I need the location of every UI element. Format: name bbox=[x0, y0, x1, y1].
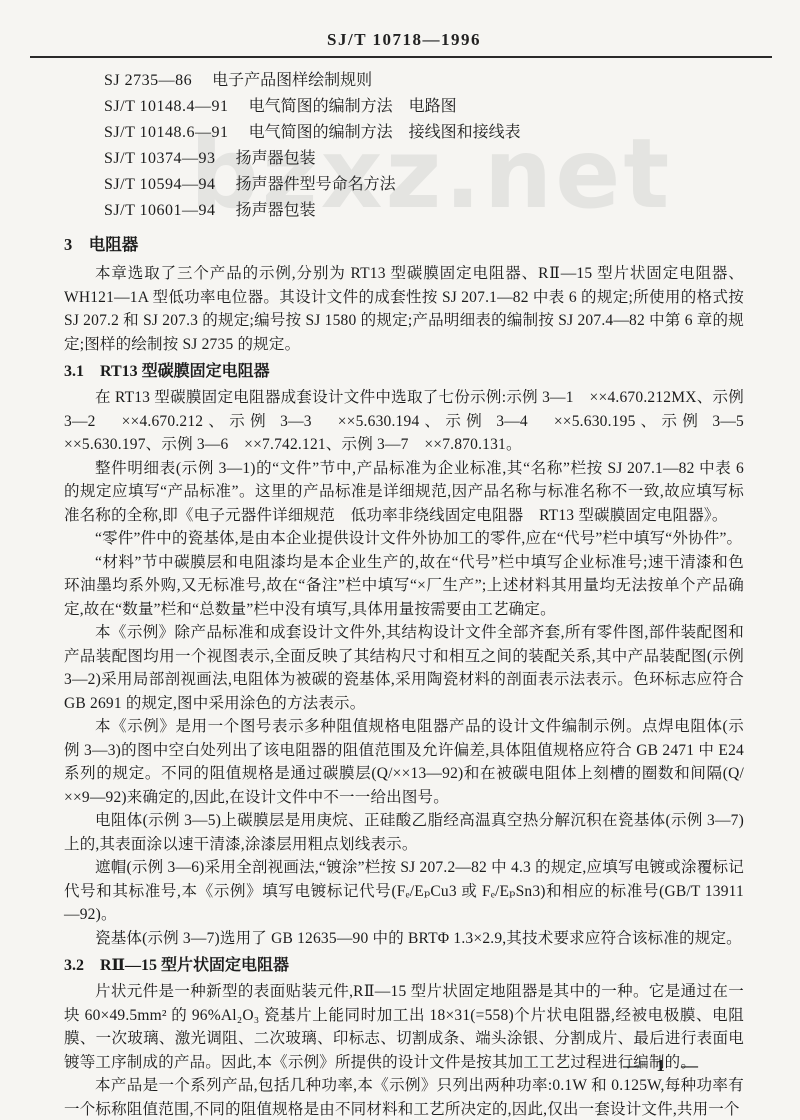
header-rule bbox=[30, 56, 772, 58]
reference-code: SJ/T 10148.6—91 bbox=[104, 120, 229, 146]
reference-item: SJ/T 10148.4—91电气简图的编制方法 电路图 bbox=[104, 94, 744, 120]
section-3-2-heading: 3.2 RⅡ—15 型片状固定电阻器 bbox=[64, 955, 744, 977]
reference-item: SJ/T 10594—94扬声器件型号命名方法 bbox=[104, 172, 744, 198]
reference-item: SJ/T 10601—94扬声器包装 bbox=[104, 198, 744, 224]
reference-title: 电子产品图样绘制规则 bbox=[212, 72, 372, 89]
paragraph: 本《示例》除产品标准和成套设计文件外,其结构设计文件全部齐套,所有零件图,部件装… bbox=[64, 621, 744, 715]
reference-item: SJ/T 10374—93扬声器包装 bbox=[104, 146, 744, 172]
reference-title: 扬声器包装 bbox=[236, 202, 316, 219]
reference-code: SJ/T 10148.4—91 bbox=[104, 94, 229, 120]
paragraph: “材料”节中碳膜层和电阻漆均是本企业生产的,故在“代号”栏中填写企业标准号;速干… bbox=[64, 551, 744, 622]
reference-code: SJ/T 10594—94 bbox=[104, 172, 216, 198]
paragraph: 本产品是一个系列产品,包括几种功率,本《示例》只列出两种功率:0.1W 和 0.… bbox=[64, 1074, 744, 1120]
section-3-heading: 3 电阻器 bbox=[64, 234, 744, 256]
document-page: bzxz.net SJ/T 10718—1996 SJ 2735—86电子产品图… bbox=[0, 0, 800, 1120]
reference-code: SJ 2735—86 bbox=[104, 68, 192, 94]
reference-code: SJ/T 10601—94 bbox=[104, 198, 216, 224]
paragraph: 本《示例》是用一个图号表示多种阻值规格电阻器产品的设计文件编制示例。点焊电阻体(… bbox=[64, 715, 744, 809]
section-3-1-heading: 3.1 RT13 型碳膜固定电阻器 bbox=[64, 361, 744, 383]
reference-title: 扬声器包装 bbox=[236, 150, 316, 167]
paragraph: 电阻体(示例 3—5)上碳膜层是用庚烷、正硅酸乙脂经高温真空热分解沉积在瓷基体(… bbox=[64, 809, 744, 856]
paragraph: 遮帽(示例 3—6)采用全剖视画法,“镀涂”栏按 SJ 207.2—82 中 4… bbox=[64, 856, 744, 927]
paragraph: 瓷基体(示例 3—7)选用了 GB 12635—90 中的 BRTΦ 1.3×2… bbox=[64, 927, 744, 951]
page-number: — 1 — bbox=[623, 1056, 704, 1076]
reference-code: SJ/T 10374—93 bbox=[104, 146, 216, 172]
reference-item: SJ/T 10148.6—91电气简图的编制方法 接线图和接线表 bbox=[104, 120, 744, 146]
reference-item: SJ 2735—86电子产品图样绘制规则 bbox=[104, 68, 744, 94]
standard-number-header: SJ/T 10718—1996 bbox=[64, 30, 744, 50]
reference-title: 扬声器件型号命名方法 bbox=[236, 176, 396, 193]
reference-title: 电气简图的编制方法 接线图和接线表 bbox=[249, 124, 521, 141]
page-content: SJ/T 10718—1996 SJ 2735—86电子产品图样绘制规则 SJ/… bbox=[0, 0, 800, 1120]
paragraph: “零件”件中的瓷基体,是由本企业提供设计文件外协加工的零件,应在“代号”栏中填写… bbox=[64, 527, 744, 551]
paragraph: 在 RT13 型碳膜固定电阻器成套设计文件中选取了七份示例:示例 3—1 ××4… bbox=[64, 386, 744, 457]
paragraph: 整件明细表(示例 3—1)的“文件”节中,产品标准为企业标准,其“名称”栏按 S… bbox=[64, 457, 744, 528]
reference-list: SJ 2735—86电子产品图样绘制规则 SJ/T 10148.4—91电气简图… bbox=[64, 68, 744, 224]
paragraph: 本章选取了三个产品的示例,分别为 RT13 型碳膜固定电阻器、RⅡ—15 型片状… bbox=[64, 262, 744, 356]
reference-title: 电气简图的编制方法 电路图 bbox=[249, 98, 457, 115]
